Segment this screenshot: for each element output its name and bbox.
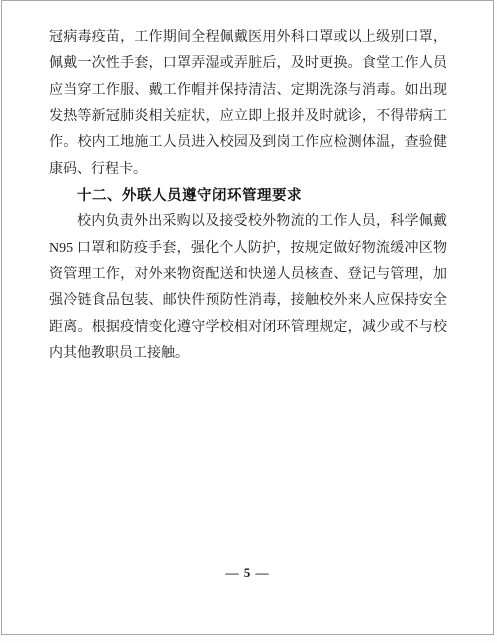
paragraph-1: 冠病毒疫苗，工作期间全程佩戴医用外科口罩或以上级别口罩， 佩戴一次性手套，口罩弄… xyxy=(49,25,447,183)
text-line: 作。校内工地施工人员进入校园及到岗工作应检测体温，查验健 xyxy=(49,130,447,156)
text-line: 校内负责外出采购以及接受校外物流的工作人员，科学佩戴 xyxy=(49,209,447,235)
text-line: 内其他教职员工接触。 xyxy=(49,341,447,367)
document-page: 冠病毒疫苗，工作期间全程佩戴医用外科口罩或以上级别口罩， 佩戴一次性手套，口罩弄… xyxy=(1,0,494,635)
text-line: 康码、行程卡。 xyxy=(49,157,447,183)
text-line: 距离。根据疫情变化遵守学校相对闭环管理规定，减少或不与校 xyxy=(49,315,447,341)
text-line: 应当穿工作服、戴工作帽并保持清洁、定期洗涤与消毒。如出现 xyxy=(49,78,447,104)
text-line: N95 口罩和防疫手套，强化个人防护，按规定做好物流缓冲区物 xyxy=(49,236,447,262)
text-line: 佩戴一次性手套，口罩弄湿或弄脏后，及时更换。食堂工作人员 xyxy=(49,51,447,77)
text-line: 资管理工作，对外来物资配送和快递人员核查、登记与管理，加 xyxy=(49,262,447,288)
text-line: 发热等新冠肺炎相关症状，应立即上报并及时就诊，不得带病工 xyxy=(49,104,447,130)
document-body-text: 冠病毒疫苗，工作期间全程佩戴医用外科口罩或以上级别口罩， 佩戴一次性手套，口罩弄… xyxy=(49,25,447,367)
paragraph-2: 校内负责外出采购以及接受校外物流的工作人员，科学佩戴 N95 口罩和防疫手套，强… xyxy=(49,209,447,367)
page-number: — 5 — xyxy=(2,565,493,581)
text-line: 冠病毒疫苗，工作期间全程佩戴医用外科口罩或以上级别口罩， xyxy=(49,25,447,51)
section-heading: 十二、外联人员遵守闭环管理要求 xyxy=(49,183,447,209)
text-line: 强冷链食品包装、邮快件预防性消毒，接触校外来人应保持安全 xyxy=(49,288,447,314)
